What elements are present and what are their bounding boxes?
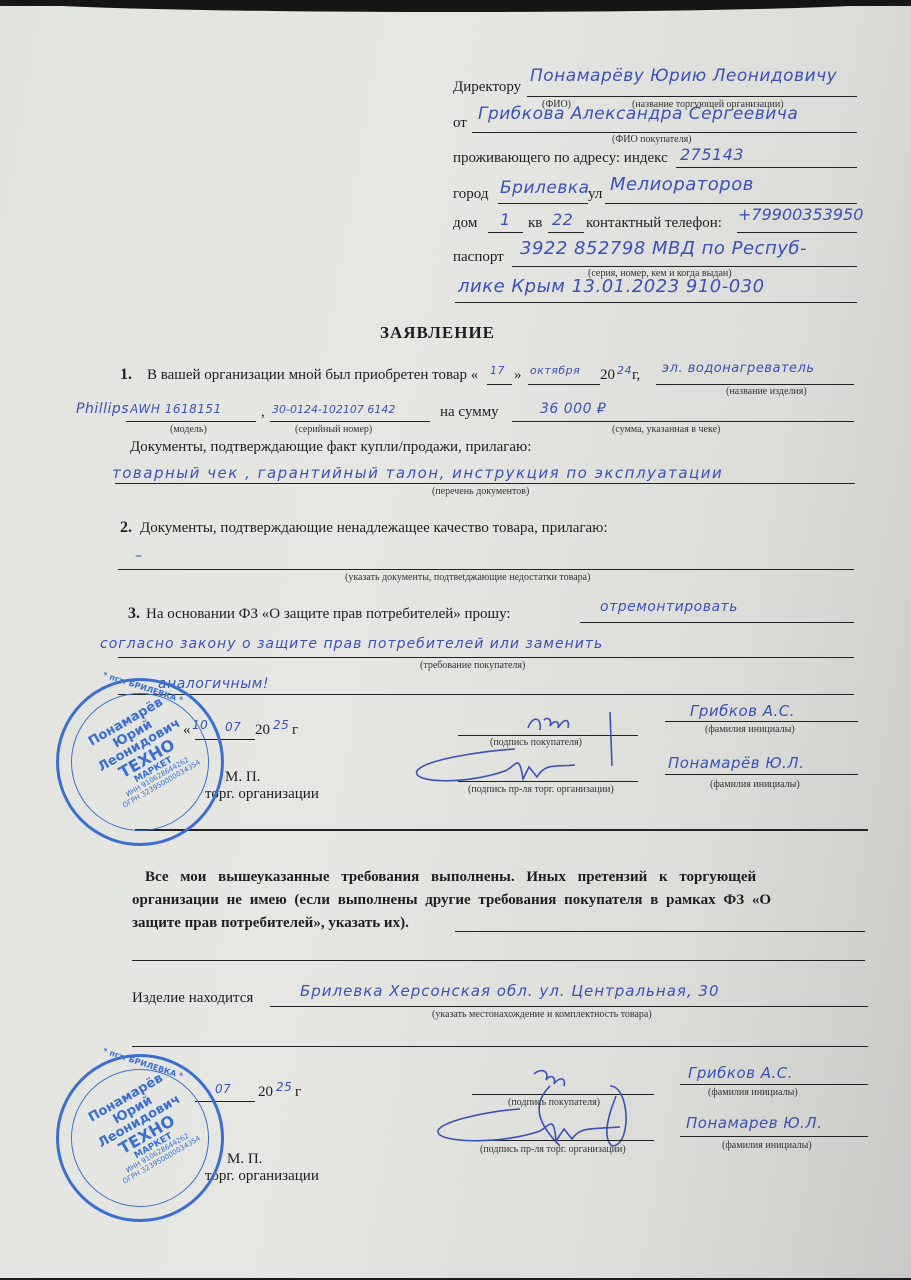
- section3-text: На основании ФЗ «О защите прав потребите…: [146, 606, 511, 623]
- docs-label: Документы, подтверждающие факт купли/про…: [130, 439, 531, 456]
- sign1-org-label: торг. организации: [205, 786, 319, 803]
- director-value: Понамарёву Юрию Леонидовичу: [530, 66, 837, 86]
- final-line-2: организации не имею (если выполнены друг…: [132, 892, 771, 909]
- location-line: [270, 1006, 868, 1007]
- sign2-buyer-name-cap: (фамилия инициалы): [708, 1087, 798, 1098]
- sign1-seller-name-value: Понамарёв Ю.Л.: [668, 754, 804, 772]
- flat-line: [548, 232, 584, 233]
- location-value: Брилевка Херсонская обл. ул. Центральная…: [300, 982, 720, 1000]
- purchase-year-prefix: 20: [600, 367, 615, 384]
- from-label: от: [453, 115, 467, 132]
- request-line-2: [118, 657, 854, 658]
- street-value: Мелиораторов: [610, 174, 754, 195]
- house-line: [488, 232, 523, 233]
- request-line-3: [118, 694, 854, 695]
- street-label: ул: [588, 186, 602, 203]
- city-value: Брилевка: [500, 178, 590, 198]
- index-line: [676, 167, 857, 168]
- section1-text: В вашей организации мной был приобретен …: [147, 367, 478, 384]
- location-line-2: [132, 1046, 868, 1047]
- section1-number: 1.: [120, 366, 132, 384]
- passport-value: 3922 852798 МВД по Респуб-: [520, 238, 807, 259]
- purchase-year-value: 24: [617, 364, 632, 377]
- product-line: [656, 384, 854, 385]
- sign1-year-value: 25: [273, 718, 289, 732]
- docs-line: [115, 483, 855, 484]
- model-line: [126, 421, 256, 422]
- passport-line-2: [455, 302, 857, 303]
- sign2-seller-name-line: [680, 1136, 868, 1137]
- sign2-buyer-name-value: Грибков А.С.: [688, 1064, 793, 1082]
- phone-line: [737, 232, 857, 233]
- city-line: [498, 203, 588, 204]
- director-label: Директору: [453, 79, 521, 96]
- sign2-year-value: 25: [276, 1080, 292, 1094]
- sign1-seller-name-line: [665, 774, 858, 775]
- house-label: дом: [453, 215, 477, 232]
- section2-cap: (указать документы, подтвеtджающие недос…: [345, 572, 590, 583]
- phone-label: контактный телефон:: [586, 215, 722, 232]
- sign1-month-value: 07: [225, 720, 241, 734]
- from-value: Грибкова Александра Сергеевича: [478, 104, 798, 124]
- final-line-1: Все мои вышеуказанные требования выполне…: [145, 869, 756, 886]
- product-cap: (название изделия): [726, 386, 807, 397]
- phone-value: +79900353950: [738, 205, 863, 224]
- from-line: [472, 132, 857, 133]
- company-stamp-2: * пгт. БРИЛЕВКА * Понамарёв Юрий Леонидо…: [56, 1054, 224, 1222]
- model-value: AWH 1618151: [130, 402, 222, 416]
- serial-cap: (серийный номер): [295, 424, 372, 435]
- sum-value: 36 000 ₽: [540, 401, 606, 417]
- city-label: город: [453, 186, 488, 203]
- sign2-mp-label: М. П.: [227, 1151, 262, 1168]
- section-divider: [135, 829, 868, 831]
- sign2-seller-name-cap: (фамилия инициалы): [722, 1140, 812, 1151]
- product-value: эл. водонагреватель: [662, 361, 814, 376]
- request-value-1: отремонтировать: [600, 599, 738, 615]
- passport-label: паспорт: [453, 249, 504, 266]
- purchase-month-value: октября: [530, 364, 580, 377]
- docs-cap: (перечень документов): [432, 486, 529, 497]
- final-claims-line-2: [132, 960, 865, 961]
- passport-value-2: лике Крым 13.01.2023 910-030: [458, 276, 765, 297]
- address-label: проживающего по адресу: индекс: [453, 150, 668, 167]
- section2-text: Документы, подтверждающие ненадлежащее к…: [140, 520, 608, 537]
- sign2-year-prefix: 20: [258, 1084, 273, 1101]
- model-comma: ,: [261, 404, 265, 421]
- sign2-year-suffix: г: [295, 1084, 301, 1101]
- purchase-year-suffix: г,: [632, 367, 640, 384]
- index-value: 275143: [680, 145, 744, 164]
- sum-label: на сумму: [440, 404, 499, 421]
- sign2-buyer-name-line: [680, 1084, 868, 1085]
- flat-value: 22: [552, 210, 573, 229]
- director-line: [527, 96, 857, 97]
- final-claims-line-1: [455, 931, 865, 932]
- document-page: Директору Понамарёву Юрию Леонидовичу (Ф…: [0, 6, 911, 1278]
- sum-line: [512, 421, 854, 422]
- docs-value: товарный чек , гарантийный талон, инстру…: [112, 464, 723, 482]
- section2-number: 2.: [120, 519, 132, 537]
- serial-value: 30-0124-102107 6142: [272, 403, 395, 416]
- model-prefix: Phillips: [76, 401, 129, 417]
- sign2-seller-name-value: Понамарев Ю.Л.: [686, 1114, 822, 1132]
- flat-label: кв: [528, 215, 542, 232]
- sign2-org-label: торг. организации: [205, 1168, 319, 1185]
- section3-number: 3.: [128, 605, 140, 623]
- model-cap: (модель): [170, 424, 207, 435]
- sign1-buyer-name-value: Грибков А.С.: [690, 702, 795, 720]
- sign1-buyer-name-cap: (фамилия инициалы): [705, 724, 795, 735]
- sign1-year-prefix: 20: [255, 722, 270, 739]
- sign1-mp-label: М. П.: [225, 769, 260, 786]
- document-title: ЗАЯВЛЕНИЕ: [380, 323, 495, 343]
- request-cap: (требование покупателя): [420, 660, 525, 671]
- house-value: 1: [500, 210, 511, 229]
- purchase-day-line: [487, 384, 512, 385]
- sum-cap: (сумма, указанная в чеке): [612, 424, 720, 435]
- street-line: [605, 203, 857, 204]
- request-line-1: [580, 622, 854, 623]
- section2-value: –: [135, 548, 143, 564]
- company-stamp-1: * пгт. БРИЛЕВКА * Понамарёв Юрий Леонидо…: [56, 678, 224, 846]
- sign1-year-suffix: г: [292, 722, 298, 739]
- location-cap: (указать местонахождение и комплектность…: [432, 1009, 652, 1020]
- sign1-seller-name-cap: (фамилия инициалы): [710, 779, 800, 790]
- purchase-month-line: [528, 384, 600, 385]
- from-cap: (ФИО покупателя): [612, 134, 692, 145]
- sign2-seller-sig-cap: (подпись пр-ля торг. организации): [480, 1144, 626, 1155]
- purchase-day-value: 17: [490, 364, 505, 377]
- sign1-seller-sig-cap: (подпись пр-ля торг. организации): [468, 784, 614, 795]
- sign1-buyer-name-line: [665, 721, 858, 722]
- serial-line: [270, 421, 430, 422]
- sign2-month-value: 07: [215, 1082, 231, 1096]
- section2-line: [118, 569, 854, 570]
- final-line-3: защите прав потребителей», указать их).: [132, 915, 409, 932]
- request-value-2: согласно закону о защите прав потребител…: [100, 636, 603, 652]
- location-label: Изделие находится: [132, 990, 253, 1007]
- section1-quote-close: »: [514, 367, 522, 384]
- passport-line: [512, 266, 857, 267]
